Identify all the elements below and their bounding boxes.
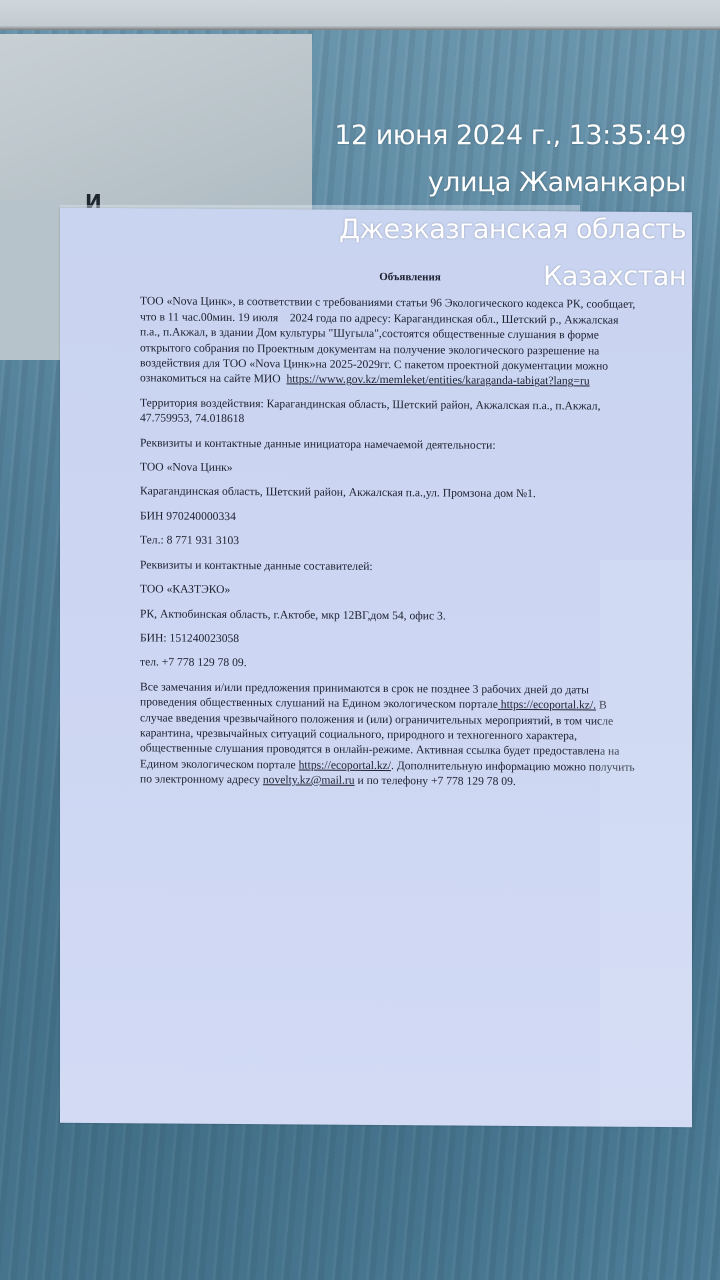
compilers-bin: БИН: 151240023058 xyxy=(140,630,660,649)
initiator-name: ТОО «Nova Цинк» xyxy=(140,459,660,478)
initiator-heading: Реквизиты и контактные данные инициатора… xyxy=(140,435,660,454)
adhesive-tape-right xyxy=(600,560,692,1120)
initiator-phone: Тел.: 8 771 931 3103 xyxy=(140,533,660,552)
initiator-address: Карагандинская область, Шетский район, А… xyxy=(140,484,660,503)
overlay-street: улица Жаманкары xyxy=(334,159,686,206)
remarks-text: проведения общественных слушаний на Един… xyxy=(140,695,498,710)
notice-sheet: Объявления ТОО «Nova Цинк», в соответств… xyxy=(60,208,692,1127)
remarks-text: и по телефону +7 778 129 78 09. xyxy=(355,774,516,788)
overlay-region: Джезказганская область xyxy=(334,206,686,253)
remarks-text: по электронному адресу xyxy=(140,773,263,787)
torn-old-poster-strip xyxy=(0,200,60,360)
torn-old-poster xyxy=(0,34,312,214)
overlay-datetime: 12 июня 2024 г., 13:35:49 xyxy=(334,112,686,159)
ecoportal-link[interactable]: https://ecoportal.kz/. xyxy=(498,698,596,712)
territory-paragraph: Территория воздействия: Карагандинская о… xyxy=(140,395,660,429)
photo-location-overlay: 12 июня 2024 г., 13:35:49 улица Жаманкар… xyxy=(334,112,686,300)
compilers-address: РК, Актюбинская область, г.Актобе, мкр 1… xyxy=(140,606,660,625)
intro-text: ознакомиться на сайте МИО xyxy=(140,372,286,386)
compilers-heading: Реквизиты и контактные данные составител… xyxy=(140,557,660,576)
email-link[interactable]: novelty.kz@mail.ru xyxy=(263,773,355,787)
top-ledge xyxy=(0,0,720,30)
ecoportal-link-2[interactable]: https://ecoportal.kz/ xyxy=(299,758,391,772)
intro-paragraph: ТОО «Nova Цинк», в соответствии с требов… xyxy=(140,294,660,390)
initiator-bin: БИН 970240000334 xyxy=(140,508,660,527)
compilers-name: ТОО «КАЗТЭКО» xyxy=(140,581,660,600)
overlay-country: Казахстан xyxy=(334,253,686,300)
mio-website-link[interactable]: https://www.gov.kz/memleket/entities/kar… xyxy=(286,373,589,388)
intro-line: ознакомиться на сайте МИО https://www.go… xyxy=(140,371,660,390)
compilers-phone: тел. +7 778 129 78 09. xyxy=(140,655,660,674)
remarks-paragraph: Все замечания и/или предложения принимаю… xyxy=(140,679,660,790)
remarks-text: Едином экологическом портале xyxy=(140,757,299,771)
notice-body: Объявления ТОО «Nova Цинк», в соответств… xyxy=(140,268,660,799)
remarks-text: . Дополнительную информацию можно получи… xyxy=(391,759,635,774)
